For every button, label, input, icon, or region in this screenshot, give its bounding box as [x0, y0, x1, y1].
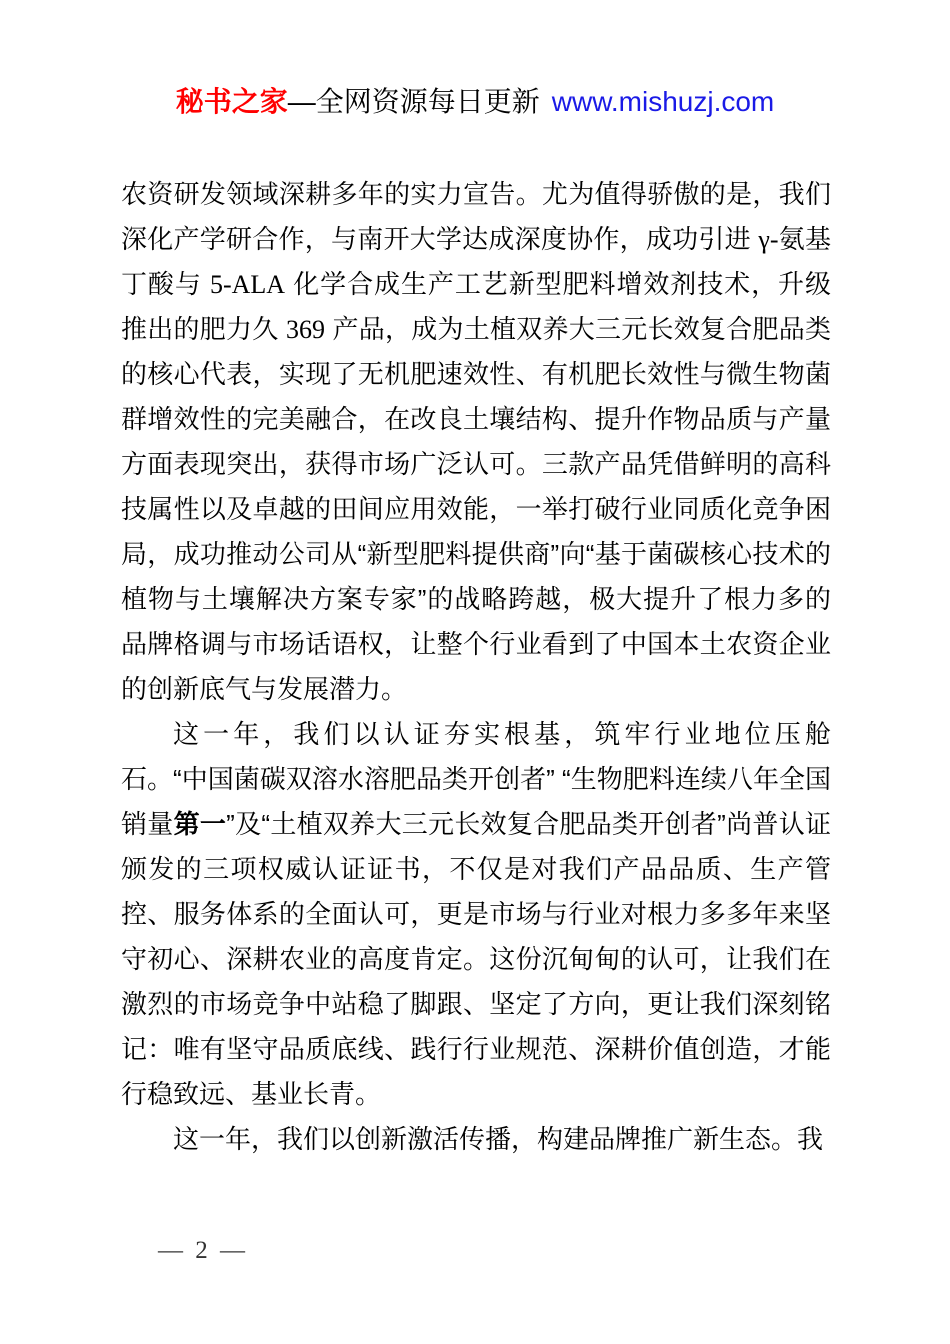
- page-number: — 2 —: [158, 1236, 248, 1266]
- header-dash: —: [288, 86, 316, 117]
- header-tagline: 全网资源每日更新: [316, 86, 540, 117]
- document-page: 秘书之家—全网资源每日更新www.mishuzj.com 农资研发领域深耕多年的…: [0, 0, 950, 1344]
- text-segment: 农资研发领域深耕多年的实力宣告。尤为值得骄傲的是，我们深化产学研合作，与南开大学…: [121, 179, 831, 254]
- text-segment: ”及“土植双养大三元长效复合肥品类开创者”尚普认证颁发的三项权威认证证书，不仅是…: [121, 809, 831, 1109]
- latin-text: 5-ALA: [210, 270, 285, 299]
- paragraph: 农资研发领域深耕多年的实力宣告。尤为值得骄傲的是，我们深化产学研合作，与南开大学…: [121, 172, 831, 712]
- brand-name: 秘书之家: [176, 86, 288, 117]
- bold-text: 第一: [174, 809, 227, 839]
- paragraph: 这一年，我们以创新激活传播，构建品牌推广新生态。我: [121, 1117, 831, 1162]
- paragraph: 这一年，我们以认证夯实根基，筑牢行业地位压舱石。“中国菌碳双溶水溶肥品类开创者”…: [121, 712, 831, 1117]
- text-segment: 产品，成为土植双养大三元长效复合肥品类的核心代表，实现了无机肥速效性、有机肥长效…: [121, 314, 831, 704]
- site-header: 秘书之家—全网资源每日更新www.mishuzj.com: [0, 84, 950, 120]
- latin-text: γ-: [758, 225, 778, 254]
- site-url-link[interactable]: www.mishuzj.com: [552, 86, 774, 117]
- latin-text: 369: [286, 315, 325, 344]
- text-segment: 这一年，我们以创新激活传播，构建品牌推广新生态。我: [173, 1124, 823, 1154]
- document-body: 农资研发领域深耕多年的实力宣告。尤为值得骄傲的是，我们深化产学研合作，与南开大学…: [121, 172, 831, 1162]
